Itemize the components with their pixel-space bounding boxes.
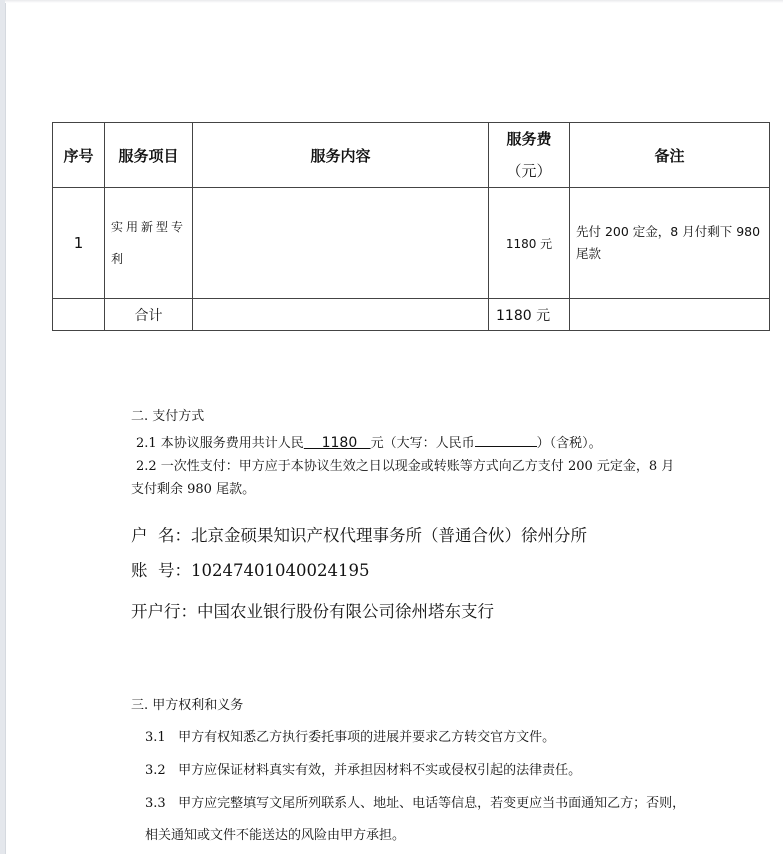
cell-note-line1: 先付 200 定金，8 月付剩下 980	[576, 221, 763, 243]
clause-3-3-text: 甲方应完整填写文尾所列联系人、地址、电话等信息，若变更应当书面通知乙方；否则，	[178, 796, 685, 811]
total-index-empty	[53, 299, 105, 331]
account-no-value: 10247401040024195	[191, 561, 369, 580]
header-index: 序号	[53, 123, 105, 188]
clause-3-3: 3.3 甲方应完整填写文尾所列联系人、地址、电话等信息，若变更应当书面通知乙方；…	[145, 792, 685, 811]
section2-title: 二. 支付方式	[131, 405, 204, 424]
total-fee: 1180 元	[489, 299, 570, 331]
clause-2-1-blank	[475, 434, 537, 447]
table-header-row: 序号 服务项目 服务内容 服务费 （元） 备注	[53, 123, 770, 188]
cell-item-line2: 利	[111, 243, 192, 275]
bank-label: 开户行：	[131, 602, 197, 621]
header-fee-line1: 服务费	[489, 123, 569, 155]
clause-3-1: 3.1 甲方有权知悉乙方执行委托事项的进展并要求乙方转交官方文件。	[145, 726, 555, 745]
clause-3-1-text: 甲方有权知悉乙方执行委托事项的进展并要求乙方转交官方文件。	[178, 730, 555, 745]
header-fee-line2: （元）	[489, 155, 569, 187]
cell-content	[193, 188, 489, 299]
header-content: 服务内容	[193, 123, 489, 188]
table-row: 1 实用新型专 利 1180 元 先付 200 定金，8 月付剩下 980 尾款	[53, 188, 770, 299]
header-item: 服务项目	[105, 123, 193, 188]
cell-fee: 1180 元	[489, 188, 570, 299]
total-content-empty	[193, 299, 489, 331]
clause-2-1-amount: 1180	[304, 435, 371, 451]
clause-3-2: 3.2 甲方应保证材料真实有效，并承担因材料不实或侵权引起的法律责任。	[145, 759, 581, 778]
cell-item-line1: 实用新型专	[111, 211, 192, 243]
cell-note: 先付 200 定金，8 月付剩下 980 尾款	[570, 188, 770, 299]
cell-note-line2: 尾款	[576, 243, 763, 265]
account-name-label: 户 名：	[131, 526, 191, 545]
clause-2-2-line2: 支付剩余 980 尾款。	[131, 478, 255, 497]
clause-3-1-num: 3.1	[145, 730, 166, 745]
viewer-left-edge	[0, 0, 6, 854]
clause-2-1-suffix: ）（含税）。	[537, 436, 602, 451]
account-no-line: 账 号：10247401040024195	[131, 557, 369, 581]
clause-2-2-line1: 2.2 一次性支付：甲方应于本协议生效之日以现金或转账等方式向乙方支付 200 …	[136, 455, 674, 474]
clause-3-2-num: 3.2	[145, 763, 166, 778]
cell-item: 实用新型专 利	[105, 188, 193, 299]
bank-line: 开户行：中国农业银行股份有限公司徐州塔东支行	[131, 598, 494, 622]
account-no-label: 账 号：	[131, 561, 191, 580]
clause-3-3-num: 3.3	[145, 796, 166, 811]
bank-value: 中国农业银行股份有限公司徐州塔东支行	[197, 602, 494, 621]
section3-title: 三. 甲方权利和义务	[131, 694, 243, 713]
header-fee: 服务费 （元）	[489, 123, 570, 188]
total-label: 合计	[105, 299, 193, 331]
page-top-shadow	[5, 0, 783, 3]
cell-index: 1	[53, 188, 105, 299]
clause-3-3-cont: 相关通知或文件不能送达的风险由甲方承担。	[145, 824, 405, 843]
account-name-value: 北京金硕果知识产权代理事务所（普通合伙）徐州分所	[191, 526, 587, 545]
table-total-row: 合计 1180 元	[53, 299, 770, 331]
clause-2-1-middle: 元（大写：人民币	[371, 436, 475, 451]
header-note: 备注	[570, 123, 770, 188]
account-name-line: 户 名：北京金硕果知识产权代理事务所（普通合伙）徐州分所	[131, 522, 587, 546]
service-fee-table: 序号 服务项目 服务内容 服务费 （元） 备注 1 实用新型专 利 1180 元…	[52, 122, 770, 331]
clause-2-1: 2.1 本协议服务费用共计人民 1180 元（大写：人民币）（含税）。	[136, 432, 602, 451]
clause-3-2-text: 甲方应保证材料真实有效，并承担因材料不实或侵权引起的法律责任。	[178, 763, 581, 778]
total-note-empty	[570, 299, 770, 331]
clause-2-1-prefix: 2.1 本协议服务费用共计人民	[136, 436, 304, 451]
